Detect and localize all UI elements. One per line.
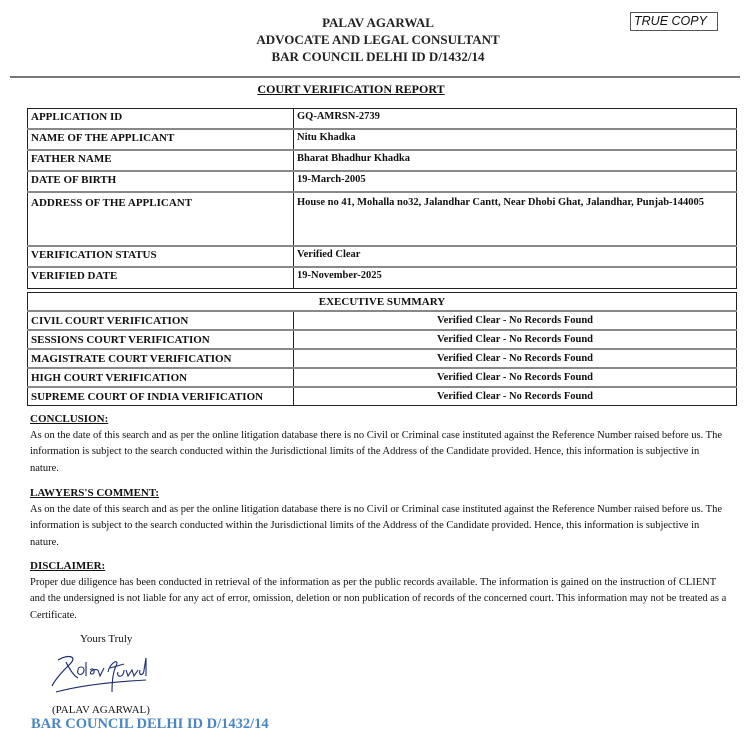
summary-label: SUPREME COURT OF INDIA VERIFICATION bbox=[28, 387, 294, 406]
summary-header-row: EXECUTIVE SUMMARY bbox=[28, 293, 737, 312]
table-row: DATE OF BIRTH19-March-2005 bbox=[28, 171, 737, 192]
lawyer-comment-text: As on the date of this search and as per… bbox=[30, 502, 730, 552]
info-value: Bharat Bhadhur Khadka bbox=[294, 150, 737, 171]
table-row: ADDRESS OF THE APPLICANTHouse no 41, Moh… bbox=[28, 192, 737, 246]
table-row: CIVIL COURT VERIFICATIONVerified Clear -… bbox=[28, 311, 737, 330]
info-label: ADDRESS OF THE APPLICANT bbox=[28, 192, 294, 246]
summary-label: CIVIL COURT VERIFICATION bbox=[28, 311, 294, 330]
summary-value: Verified Clear - No Records Found bbox=[294, 349, 737, 368]
signatory-bar-id: BAR COUNCIL DELHI ID D/1432/14 bbox=[31, 716, 269, 733]
disclaimer-heading: DISCLAIMER: bbox=[30, 558, 730, 575]
info-label: APPLICATION ID bbox=[28, 109, 294, 130]
summary-label: SESSIONS COURT VERIFICATION bbox=[28, 330, 294, 349]
summary-value: Verified Clear - No Records Found bbox=[294, 368, 737, 387]
table-row: HIGH COURT VERIFICATIONVerified Clear - … bbox=[28, 368, 737, 387]
table-row: SESSIONS COURT VERIFICATIONVerified Clea… bbox=[28, 330, 737, 349]
signature-image bbox=[48, 652, 158, 696]
info-value: House no 41, Mohalla no32, Jalandhar Can… bbox=[294, 192, 737, 246]
table-row: SUPREME COURT OF INDIA VERIFICATIONVerif… bbox=[28, 387, 737, 406]
conclusion-text: As on the date of this search and as per… bbox=[30, 428, 730, 478]
disclaimer-text: Proper due diligence has been conducted … bbox=[30, 575, 730, 625]
table-row: MAGISTRATE COURT VERIFICATIONVerified Cl… bbox=[28, 349, 737, 368]
summary-value: Verified Clear - No Records Found bbox=[294, 387, 737, 406]
applicant-info-table: APPLICATION IDGQ-AMRSN-2739 NAME OF THE … bbox=[27, 108, 737, 289]
lawyer-comment-section: LAWYERS'S COMMENT: As on the date of thi… bbox=[30, 485, 730, 551]
info-value: 19-March-2005 bbox=[294, 171, 737, 192]
info-value: 19-November-2025 bbox=[294, 267, 737, 289]
header-divider bbox=[10, 76, 740, 78]
true-copy-stamp: TRUE COPY bbox=[630, 12, 718, 31]
info-label: NAME OF THE APPLICANT bbox=[28, 129, 294, 150]
summary-value: Verified Clear - No Records Found bbox=[294, 311, 737, 330]
summary-label: HIGH COURT VERIFICATION bbox=[28, 368, 294, 387]
info-value: GQ-AMRSN-2739 bbox=[294, 109, 737, 130]
info-value: Nitu Khadka bbox=[294, 129, 737, 150]
table-row: FATHER NAMEBharat Bhadhur Khadka bbox=[28, 150, 737, 171]
closing-salutation: Yours Truly bbox=[80, 633, 132, 645]
summary-title: EXECUTIVE SUMMARY bbox=[28, 293, 737, 312]
table-row: APPLICATION IDGQ-AMRSN-2739 bbox=[28, 109, 737, 130]
lawyer-comment-heading: LAWYERS'S COMMENT: bbox=[30, 485, 730, 502]
info-label: VERIFIED DATE bbox=[28, 267, 294, 289]
executive-summary-table: EXECUTIVE SUMMARY CIVIL COURT VERIFICATI… bbox=[27, 292, 737, 406]
table-row: VERIFIED DATE19-November-2025 bbox=[28, 267, 737, 289]
signatory-name: (PALAV AGARWAL) bbox=[52, 704, 150, 716]
conclusion-heading: CONCLUSION: bbox=[30, 411, 730, 428]
report-title: COURT VERIFICATION REPORT bbox=[0, 82, 702, 97]
advocate-bar-id: BAR COUNCIL DELHI ID D/1432/14 bbox=[0, 48, 756, 65]
info-label: DATE OF BIRTH bbox=[28, 171, 294, 192]
advocate-title: ADVOCATE AND LEGAL CONSULTANT bbox=[0, 31, 756, 48]
info-label: VERIFICATION STATUS bbox=[28, 246, 294, 267]
info-value: Verified Clear bbox=[294, 246, 737, 267]
table-row: NAME OF THE APPLICANTNitu Khadka bbox=[28, 129, 737, 150]
table-row: VERIFICATION STATUSVerified Clear bbox=[28, 246, 737, 267]
info-label: FATHER NAME bbox=[28, 150, 294, 171]
summary-value: Verified Clear - No Records Found bbox=[294, 330, 737, 349]
summary-label: MAGISTRATE COURT VERIFICATION bbox=[28, 349, 294, 368]
disclaimer-section: DISCLAIMER: Proper due diligence has bee… bbox=[30, 558, 730, 624]
conclusion-section: CONCLUSION: As on the date of this searc… bbox=[30, 411, 730, 477]
